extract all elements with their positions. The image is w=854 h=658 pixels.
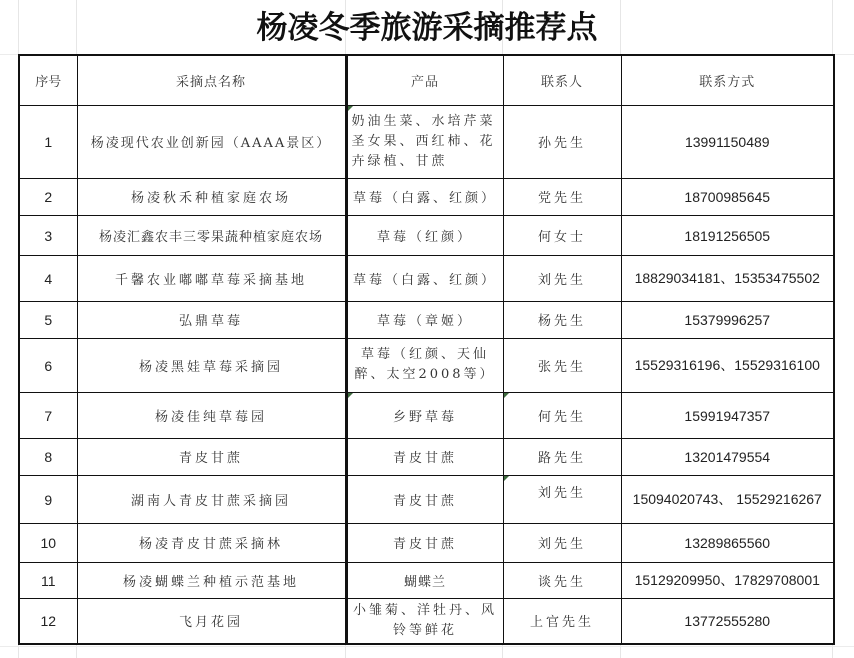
cell-product[interactable]: 青皮甘蔗 (346, 475, 503, 523)
error-indicator-icon (348, 393, 353, 398)
cell-contact[interactable]: 张先生 (503, 338, 621, 392)
cell-product[interactable]: 草莓（红颜、天仙醉、太空2008等） (346, 338, 503, 392)
header-index[interactable]: 序号 (19, 55, 77, 105)
table-row: 8 青皮甘蔗 青皮甘蔗 路先生 13201479554 (19, 438, 834, 475)
cell-phone[interactable]: 18700985645 (621, 178, 834, 215)
cell-index[interactable]: 9 (19, 475, 77, 523)
cell-contact[interactable]: 刘先生 (503, 475, 621, 523)
header-name[interactable]: 采摘点名称 (77, 55, 346, 105)
error-indicator-icon (348, 106, 353, 111)
cell-name[interactable]: 杨凌秋禾种植家庭农场 (77, 178, 346, 215)
cell-contact[interactable]: 何先生 (503, 392, 621, 438)
cell-name[interactable]: 湖南人青皮甘蔗采摘园 (77, 475, 346, 523)
header-product[interactable]: 产品 (346, 55, 503, 105)
cell-product[interactable]: 草莓（红颜） (346, 215, 503, 255)
cell-name[interactable]: 千馨农业嘟嘟草莓采摘基地 (77, 255, 346, 301)
cell-contact[interactable]: 党先生 (503, 178, 621, 215)
cell-contact[interactable]: 何女士 (503, 215, 621, 255)
cell-product[interactable]: 小雏菊、洋牡丹、风铃等鲜花 (346, 598, 503, 644)
cell-product[interactable]: 青皮甘蔗 (346, 523, 503, 562)
cell-product[interactable]: 蝴蝶兰 (346, 562, 503, 598)
cell-phone[interactable]: 15379996257 (621, 301, 834, 338)
table-row: 2 杨凌秋禾种植家庭农场 草莓（白露、红颜） 党先生 18700985645 (19, 178, 834, 215)
cell-contact[interactable]: 刘先生 (503, 523, 621, 562)
table-row: 3 杨凌汇鑫农丰三零果蔬种植家庭农场 草莓（红颜） 何女士 1819125650… (19, 215, 834, 255)
cell-product[interactable]: 青皮甘蔗 (346, 438, 503, 475)
cell-name[interactable]: 飞月花园 (77, 598, 346, 644)
table-row: 4 千馨农业嘟嘟草莓采摘基地 草莓（白露、红颜） 刘先生 18829034181… (19, 255, 834, 301)
cell-index[interactable]: 2 (19, 178, 77, 215)
table-row: 9 湖南人青皮甘蔗采摘园 青皮甘蔗 刘先生 15094020743、 15529… (19, 475, 834, 523)
cell-index[interactable]: 4 (19, 255, 77, 301)
table-row: 5 弘鼎草莓 草莓（章姬） 杨先生 15379996257 (19, 301, 834, 338)
cell-index[interactable]: 8 (19, 438, 77, 475)
cell-product[interactable]: 乡野草莓 (346, 392, 503, 438)
cell-phone[interactable]: 13289865560 (621, 523, 834, 562)
header-contact[interactable]: 联系人 (503, 55, 621, 105)
cell-name[interactable]: 杨凌佳纯草莓园 (77, 392, 346, 438)
cell-index[interactable]: 6 (19, 338, 77, 392)
header-phone[interactable]: 联系方式 (621, 55, 834, 105)
cell-product[interactable]: 草莓（白露、红颜） (346, 178, 503, 215)
picking-spots-table: 序号 采摘点名称 产品 联系人 联系方式 1 杨凌现代农业创新园（AAAA景区）… (18, 54, 835, 645)
cell-name[interactable]: 弘鼎草莓 (77, 301, 346, 338)
error-indicator-icon (504, 476, 509, 481)
table-row: 12 飞月花园 小雏菊、洋牡丹、风铃等鲜花 上官先生 13772555280 (19, 598, 834, 644)
cell-contact[interactable]: 杨先生 (503, 301, 621, 338)
error-indicator-icon (504, 393, 509, 398)
cell-name[interactable]: 杨凌现代农业创新园（AAAA景区） (77, 105, 346, 178)
cell-phone[interactable]: 15094020743、 15529216267 (621, 475, 834, 523)
page-title: 杨凌冬季旅游采摘推荐点 (0, 6, 854, 50)
cell-index[interactable]: 7 (19, 392, 77, 438)
cell-index[interactable]: 5 (19, 301, 77, 338)
cell-index[interactable]: 3 (19, 215, 77, 255)
cell-phone[interactable]: 18829034181、15353475502 (621, 255, 834, 301)
cell-phone[interactable]: 13201479554 (621, 438, 834, 475)
cell-name[interactable]: 杨凌蝴蝶兰种植示范基地 (77, 562, 346, 598)
cell-index[interactable]: 11 (19, 562, 77, 598)
cell-name[interactable]: 杨凌青皮甘蔗采摘林 (77, 523, 346, 562)
table-row: 1 杨凌现代农业创新园（AAAA景区） 奶油生菜、水培芹菜圣女果、西红柿、花卉绿… (19, 105, 834, 178)
table-row: 11 杨凌蝴蝶兰种植示范基地 蝴蝶兰 谈先生 15129209950、17829… (19, 562, 834, 598)
cell-index[interactable]: 10 (19, 523, 77, 562)
cell-product[interactable]: 草莓（章姬） (346, 301, 503, 338)
cell-contact[interactable]: 孙先生 (503, 105, 621, 178)
header-row: 序号 采摘点名称 产品 联系人 联系方式 (19, 55, 834, 105)
cell-product[interactable]: 奶油生菜、水培芹菜圣女果、西红柿、花卉绿植、甘蔗 (346, 105, 503, 178)
cell-contact[interactable]: 谈先生 (503, 562, 621, 598)
cell-phone[interactable]: 15529316196、15529316100 (621, 338, 834, 392)
table-row: 10 杨凌青皮甘蔗采摘林 青皮甘蔗 刘先生 13289865560 (19, 523, 834, 562)
cell-name[interactable]: 杨凌黑娃草莓采摘园 (77, 338, 346, 392)
cell-phone[interactable]: 15991947357 (621, 392, 834, 438)
cell-phone[interactable]: 15129209950、17829708001 (621, 562, 834, 598)
table-row: 7 杨凌佳纯草莓园 乡野草莓 何先生 15991947357 (19, 392, 834, 438)
cell-phone[interactable]: 13772555280 (621, 598, 834, 644)
cell-index[interactable]: 12 (19, 598, 77, 644)
cell-phone[interactable]: 18191256505 (621, 215, 834, 255)
cell-name[interactable]: 杨凌汇鑫农丰三零果蔬种植家庭农场 (77, 215, 346, 255)
cell-contact[interactable]: 上官先生 (503, 598, 621, 644)
cell-contact[interactable]: 刘先生 (503, 255, 621, 301)
cell-product[interactable]: 草莓（白露、红颜） (346, 255, 503, 301)
cell-index[interactable]: 1 (19, 105, 77, 178)
cell-phone[interactable]: 13991150489 (621, 105, 834, 178)
table-row: 6 杨凌黑娃草莓采摘园 草莓（红颜、天仙醉、太空2008等） 张先生 15529… (19, 338, 834, 392)
cell-contact[interactable]: 路先生 (503, 438, 621, 475)
cell-name[interactable]: 青皮甘蔗 (77, 438, 346, 475)
